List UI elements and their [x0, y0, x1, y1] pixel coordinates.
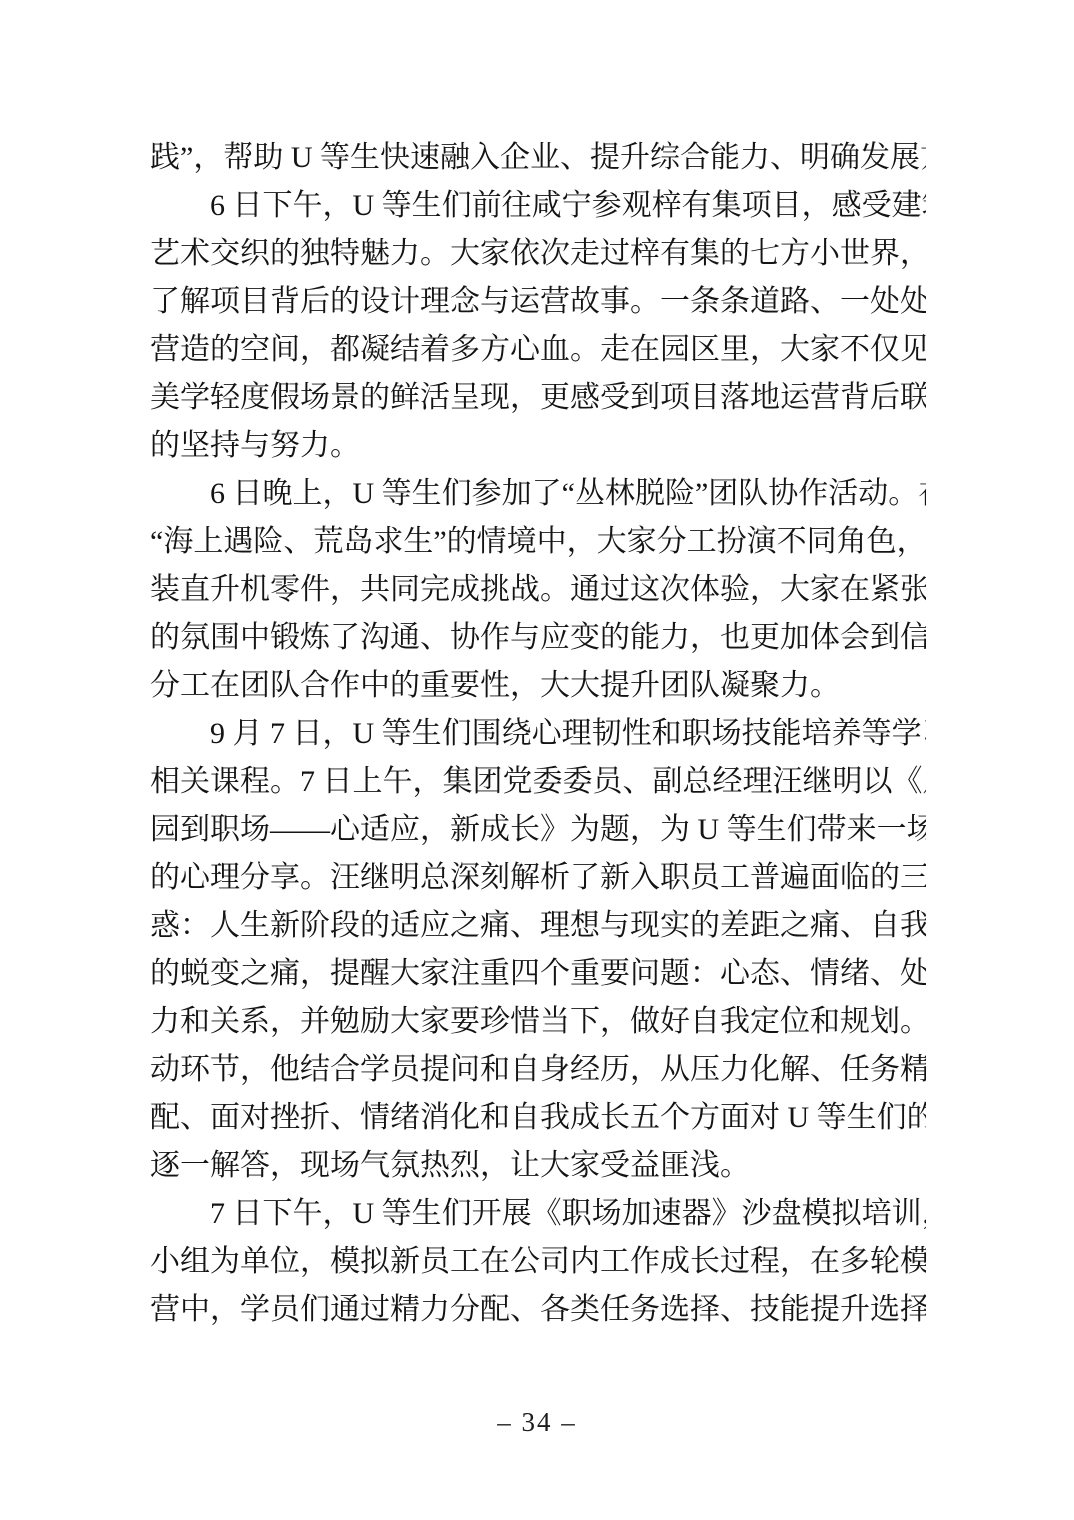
text-line: 艺术交织的独特魅力。大家依次走过梓有集的七方小世界，深入 [150, 230, 926, 278]
text-line: 践”，帮助 U 等生快速融入企业、提升综合能力、明确发展方向。 [150, 134, 926, 182]
text-line: 力和关系，并勉励大家要珍惜当下，做好自我定位和规划。在互 [150, 998, 926, 1046]
text-line: 分工在团队合作中的重要性，大大提升团队凝聚力。 [150, 662, 926, 710]
text-line: 动环节，他结合学员提问和自身经历，从压力化解、任务精力分 [150, 1046, 926, 1094]
page-number: – 34 – [0, 1402, 1074, 1442]
document-body: 践”，帮助 U 等生快速融入企业、提升综合能力、明确发展方向。6 日下午，U 等… [150, 134, 926, 1334]
text-line: 营造的空间，都凝结着多方心血。走在园区里，大家不仅见证了 [150, 326, 926, 374]
text-line: 的蜕变之痛，提醒大家注重四个重要问题：心态、情绪、处理压 [150, 950, 926, 998]
text-line: 的氛围中锻炼了沟通、协作与应变的能力，也更加体会到信任与 [150, 614, 926, 662]
text-line: 惑：人生新阶段的适应之痛、理想与现实的差距之痛、自我修炼 [150, 902, 926, 950]
text-line: 相关课程。7 日上午，集团党委委员、副总经理汪继明以《从校 [150, 758, 926, 806]
text-line: 逐一解答，现场气氛热烈，让大家受益匪浅。 [150, 1142, 926, 1190]
text-line: 美学轻度假场景的鲜活呈现，更感受到项目落地运营背后联投人 [150, 374, 926, 422]
text-line: 装直升机零件，共同完成挑战。通过这次体验，大家在紧张刺激 [150, 566, 926, 614]
text-line: 营中，学员们通过精力分配、各类任务选择、技能提升选择、情 [150, 1286, 926, 1334]
text-line: 的坚持与努力。 [150, 422, 926, 470]
text-line: 园到职场——心适应，新成长》为题，为 U 等生们带来一场宝贵 [150, 806, 926, 854]
document-page: 践”，帮助 U 等生快速融入企业、提升综合能力、明确发展方向。6 日下午，U 等… [0, 0, 1074, 1520]
text-line: 小组为单位，模拟新员工在公司内工作成长过程，在多轮模拟运 [150, 1238, 926, 1286]
text-line: 6 日晚上，U 等生们参加了“丛林脱险”团队协作活动。在 [150, 470, 926, 518]
text-line: 的心理分享。汪继明总深刻解析了新入职员工普遍面临的三大困 [150, 854, 926, 902]
text-line: 配、面对挫折、情绪消化和自我成长五个方面对 U 等生们的困惑 [150, 1094, 926, 1142]
text-line: 6 日下午，U 等生们前往咸宁参观梓有集项目，感受建筑与 [150, 182, 926, 230]
text-line: 了解项目背后的设计理念与运营故事。一条条道路、一处处精心 [150, 278, 926, 326]
text-line: 7 日下午，U 等生们开展《职场加速器》沙盘模拟培训，以 [150, 1190, 926, 1238]
text-line: “海上遇险、荒岛求生”的情境中，大家分工扮演不同角色，拼 [150, 518, 926, 566]
text-line: 9 月 7 日，U 等生们围绕心理韧性和职场技能培养等学习了 [150, 710, 926, 758]
